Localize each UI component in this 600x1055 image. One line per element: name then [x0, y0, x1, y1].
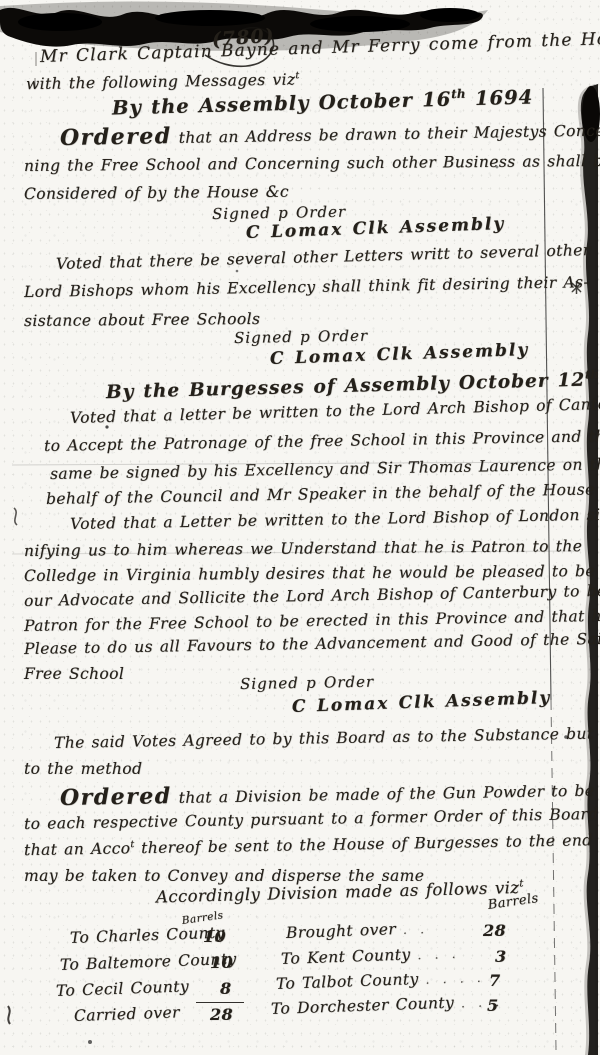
london-line-1: Voted that a Letter be written to the Lo…: [70, 506, 600, 533]
canterbury-line-4: behalf of the Council and Mr Speaker in …: [46, 481, 595, 508]
superscript: t: [519, 878, 523, 889]
assembly-heading: By the Assembly October 16th 1694: [112, 86, 534, 119]
heading-year: 1694: [465, 85, 533, 110]
table-row-label: Brought over . .: [286, 920, 428, 942]
votes-agreed-line-1: The said Votes Agreed to by this Board a…: [54, 725, 600, 752]
leader-dots: . . .: [417, 947, 460, 962]
votes-agreed-line-2: to the method: [24, 761, 142, 778]
london-line-3: Colledge in Virginia humbly desires that…: [24, 563, 595, 585]
table-row-value: 28: [483, 922, 506, 940]
sum-rule: [196, 1002, 244, 1003]
london-line-6: Please to do us all Favours to the Advan…: [24, 631, 600, 658]
table-row-value: 10: [210, 954, 233, 972]
row-label-text: To Kent County: [281, 945, 411, 968]
table-row-value: 8: [220, 980, 232, 998]
table-row-value: 28: [210, 1006, 233, 1024]
signed-per-order-3: Signed p Order: [240, 674, 374, 693]
messengers-line-2: with the following Messages vizt: [26, 71, 300, 93]
table-row-label: To Charles County: [70, 925, 225, 947]
line-text: thereof be sent to the House of Burgesse…: [134, 830, 600, 857]
voted-letters-line-1: Voted that there be several other Letter…: [56, 242, 591, 273]
line-text: that an Acco: [24, 839, 131, 859]
voted-letters-line-2: Lord Bishops whom his Excellency shall t…: [24, 274, 589, 301]
order-lead-word: Ordered: [60, 123, 172, 151]
london-line-2: nifying us to him whereas we Understand …: [24, 538, 582, 560]
order-address-line-3: Considered of by the House &c: [24, 184, 289, 203]
canterbury-line-2: to Accept the Patronage of the free Scho…: [44, 427, 600, 455]
table-row-value: 5: [487, 997, 499, 1015]
signed-per-order-2: Signed p Order: [234, 328, 368, 347]
messengers-line-1: Mr Clark Captain Bayne and Mr Ferry come…: [40, 29, 600, 67]
clerk-signature-3: C Lomax Clk Assembly: [292, 689, 552, 717]
row-label-text: Brought over: [286, 920, 397, 942]
table-row-label: To Talbot County . . . .: [276, 969, 485, 993]
superscript: t: [295, 70, 299, 81]
order-address-line-2: ning the Free School and Concerning such…: [24, 153, 600, 175]
order-address-line-1: Orderedthat an Address be drawn to their…: [60, 116, 600, 150]
voted-letters-line-3: sistance about Free Schools: [24, 311, 260, 330]
table-row-value: 10: [203, 928, 226, 946]
table-row-value: 7: [489, 972, 501, 990]
row-label-text: To Dorchester County: [271, 994, 455, 1018]
row-label-text: To Talbot County: [276, 970, 419, 993]
leader-dots: . .: [403, 922, 428, 937]
line-text: that an Address be drawn to their Majest…: [178, 121, 600, 147]
superscript: th: [451, 87, 466, 101]
manuscript-page: (780) Mr Clark Captain Bayne and Mr Ferr…: [0, 0, 600, 1055]
superscript: th: [585, 367, 599, 381]
leader-dots: . . . .: [425, 971, 485, 987]
order-lead-word: Ordered: [60, 783, 172, 811]
london-line-4: our Advocate and Sollicite the Lord Arch…: [24, 583, 600, 610]
table-row-label: To Kent County . . .: [281, 945, 460, 968]
london-line-7: Free School: [24, 666, 124, 683]
table-row-value: 3: [495, 948, 507, 966]
heading-text: By the Assembly October 16: [112, 88, 452, 120]
table-row-label: To Dorchester County . . .: [271, 993, 504, 1018]
canterbury-line-3: same be signed by his Excellency and Sir…: [50, 456, 600, 483]
powder-order-line-3: that an Accot thereof be sent to the Hou…: [24, 831, 600, 859]
line-text: with the following Messages viz: [26, 70, 296, 93]
table-row-label: Carried over: [74, 1004, 180, 1025]
line-text: that a Division be made of the Gun Powde…: [178, 781, 600, 807]
table-row-label: To Cecil County: [56, 978, 190, 1000]
powder-order-line-1: Orderedthat a Division be made of the Gu…: [60, 776, 600, 810]
